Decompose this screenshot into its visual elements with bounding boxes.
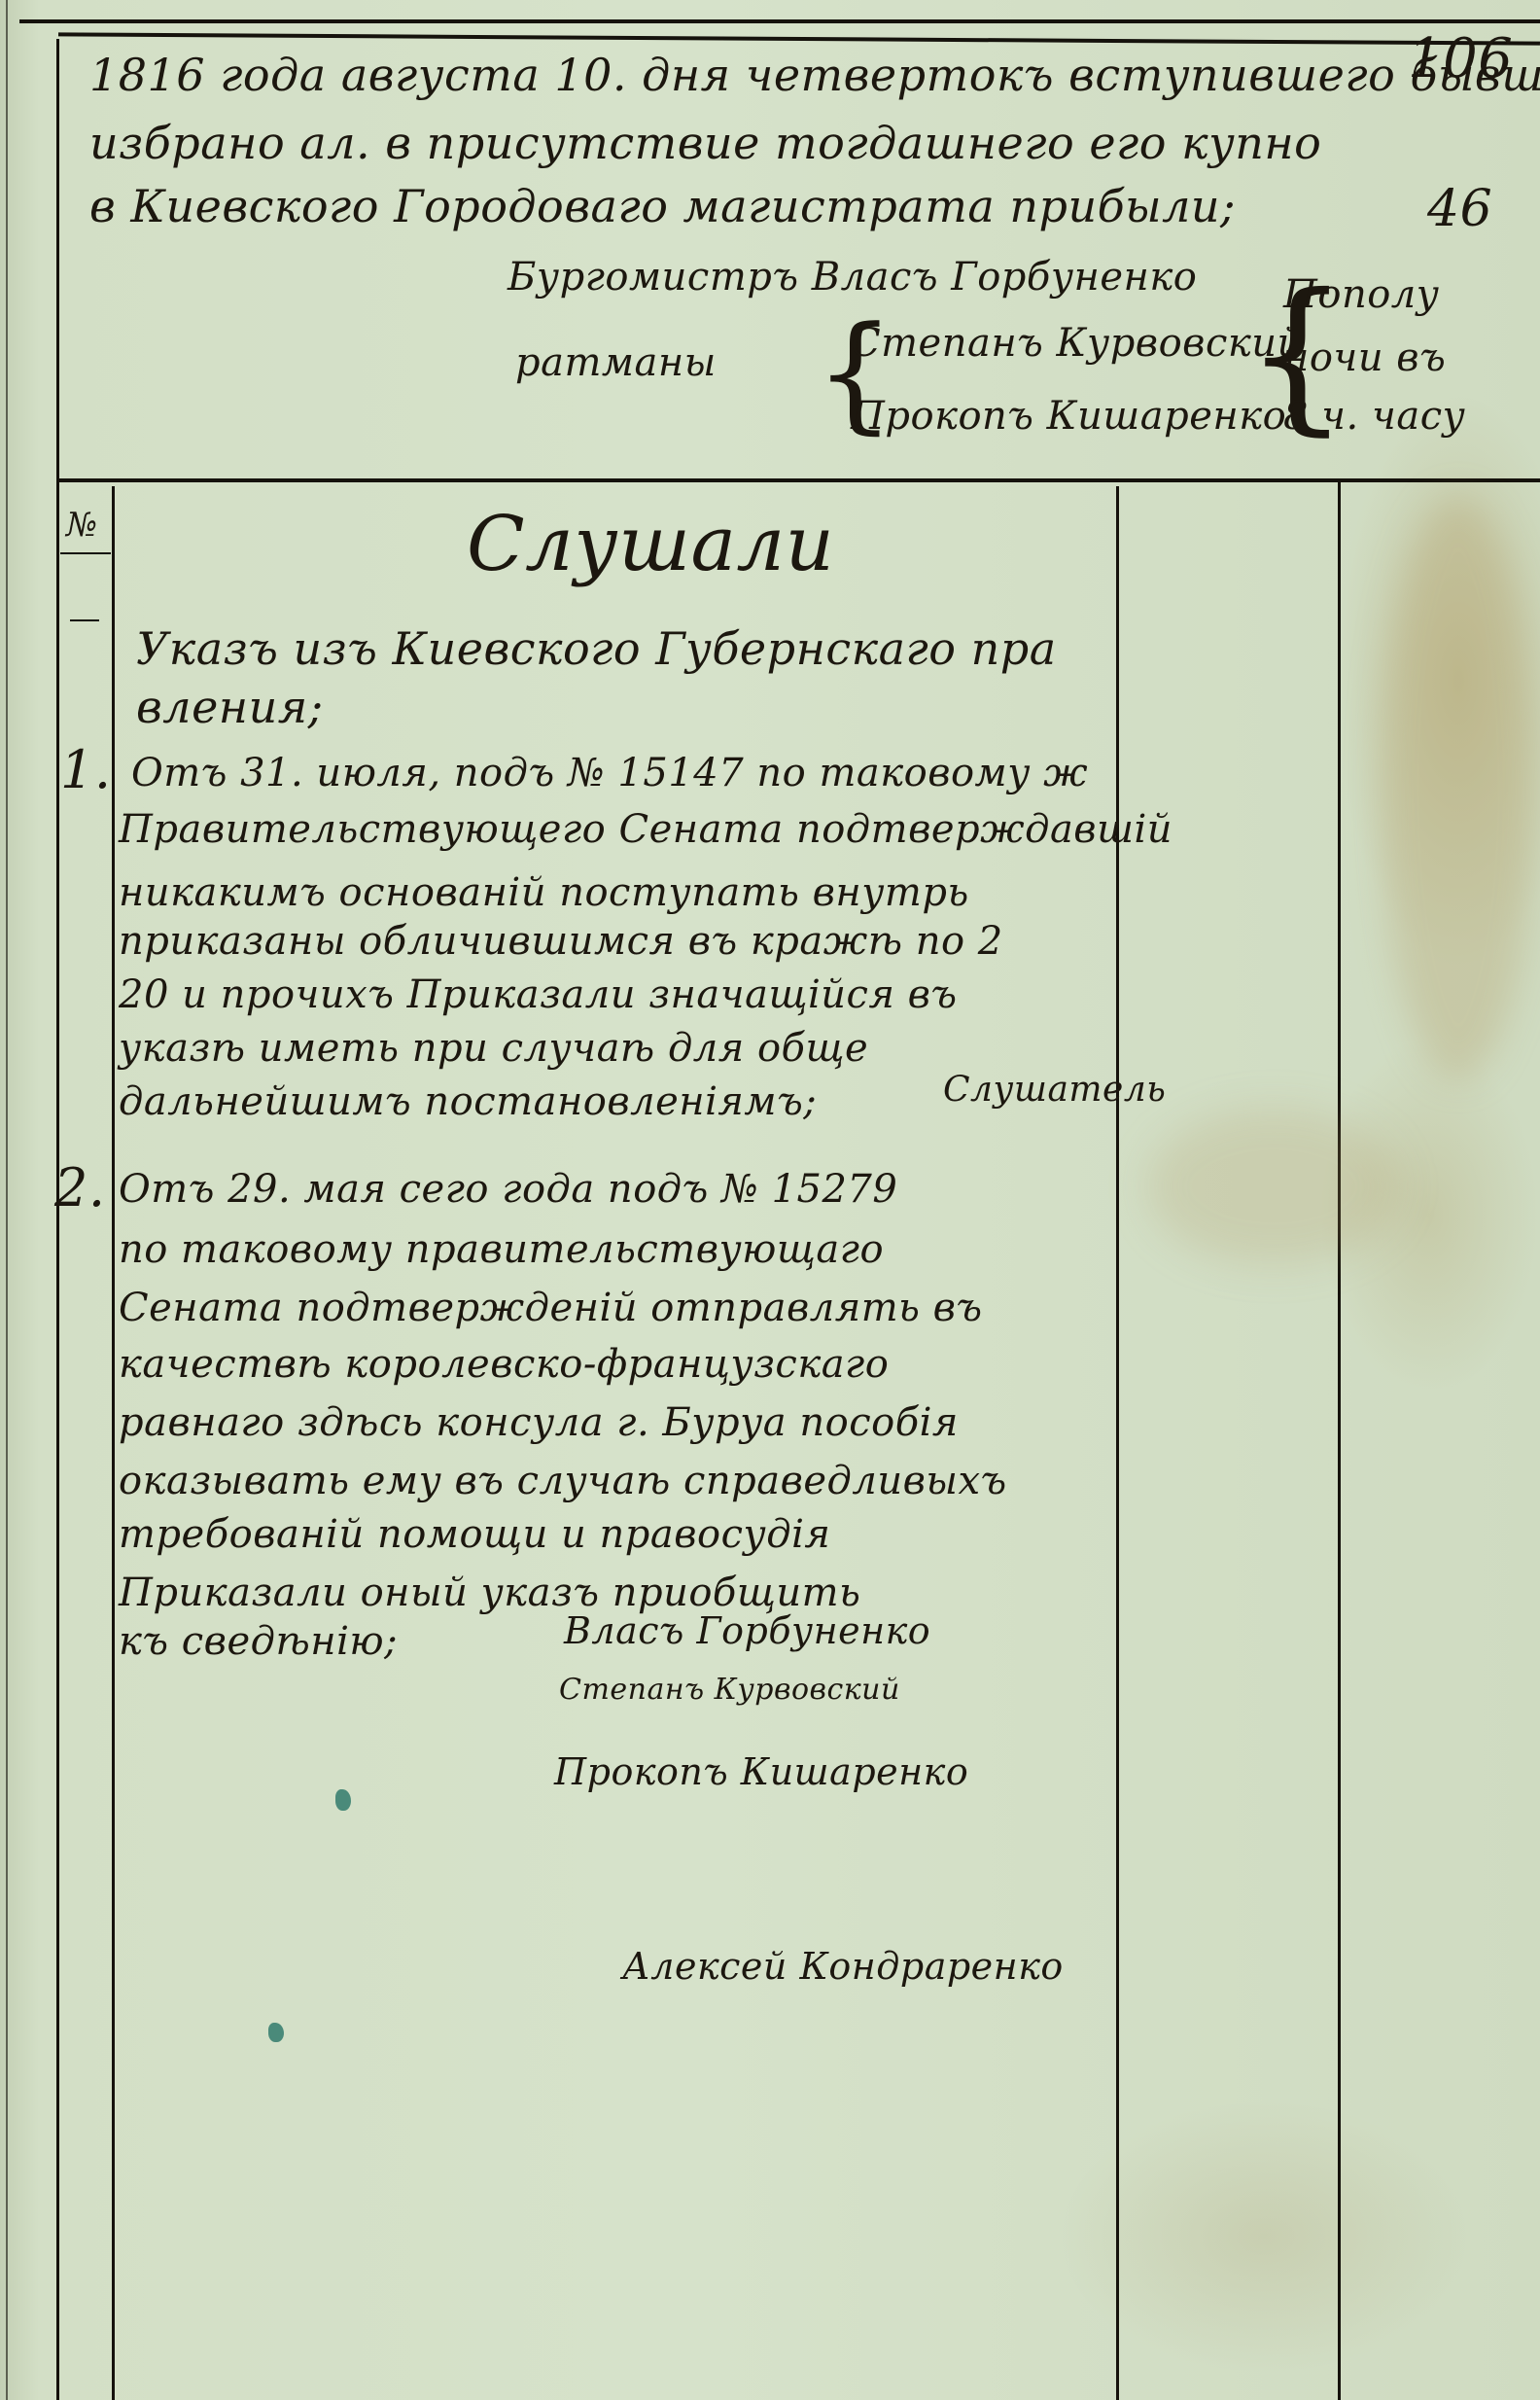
top-double-rule-1: [19, 19, 1540, 23]
item-2-line: оказывать ему въ случаѣ справедливыхъ: [119, 1459, 1007, 1503]
header-line-3: в Киевского Городоваго магистрата прибыл…: [89, 180, 1236, 232]
item-2-line: требованій помощи и правосудія: [119, 1512, 830, 1557]
item-2-line: качествѣ королевско-французскаго: [119, 1342, 889, 1387]
paper-hole: [335, 1789, 351, 1811]
number-header-underline: [60, 552, 111, 554]
signature-ratman-2: Прокопъ Кишаренко: [554, 1750, 968, 1793]
item-1-margin-note: Слушатель: [943, 1070, 1166, 1110]
item-1-line: никакимъ основаній поступать внутрь: [119, 870, 969, 915]
item-1-line: Отъ 31. июля, подъ № 15147 по таковому ж: [131, 751, 1088, 795]
water-stain: [1381, 496, 1536, 1079]
item-1-line: дальнейшимъ постановленіямъ;: [119, 1079, 817, 1124]
item-2-line: къ сведѣнію;: [119, 1619, 398, 1664]
item-1-line: 20 и прочихъ Приказали значащійся въ: [119, 972, 958, 1017]
item-2-line: по таковому правительствующаго: [119, 1227, 884, 1272]
signature-ratman-1: Степанъ Курвовский: [559, 1673, 900, 1707]
header-line-2: избрано ал. в присутствие тогдашнего его…: [89, 117, 1321, 169]
ratman-2: Прокопъ Кишаренко: [851, 394, 1286, 439]
water-stain-lower: [1147, 1109, 1400, 1264]
item-1-line: указѣ иметь при случаѣ для обще: [119, 1026, 868, 1071]
item-2-line: Сената подтвержденій отправлять въ: [119, 1286, 983, 1330]
sheet-number: 46: [1427, 180, 1492, 238]
ratman-1: Степанъ Курвовский: [851, 321, 1303, 366]
header-bottom-rule: [56, 478, 1540, 482]
number-column-divider: [112, 486, 115, 2400]
header-line-1: 1816 года августа 10. дня четвертокъ вст…: [89, 49, 1540, 101]
item-1-number: 1.: [60, 739, 112, 800]
intro-line-1: Указъ изъ Киевского Губернскаго пра: [136, 622, 1057, 675]
burgomaster-line: Бургомистръ Власъ Горбуненко: [507, 255, 1197, 300]
ratmen-label: ратманы: [515, 340, 717, 385]
time-note-2: ночи въ: [1283, 335, 1446, 380]
time-note-1: Пополу: [1283, 272, 1439, 317]
time-note-3: 8 ч. часу: [1283, 394, 1465, 439]
section-title: Слушали: [467, 501, 834, 588]
text-column-right-divider: [1116, 486, 1119, 2400]
item-2-line: равнаго здѣсь консула г. Буруа пособія: [119, 1400, 959, 1445]
page-outer-left-edge: [6, 0, 8, 2400]
signature-burgomaster: Власъ Горбуненко: [564, 1609, 930, 1652]
item-2-line: Отъ 29. мая сего года подъ № 15279: [119, 1167, 897, 1212]
number-column-header: №: [66, 506, 98, 545]
intro-dash: [70, 619, 99, 621]
item-1-line: Правительствующего Сената подтверждавшій: [119, 807, 1172, 852]
intro-line-2: вления;: [136, 681, 324, 733]
top-double-rule-2: [58, 32, 1540, 45]
paper-hole: [268, 2023, 284, 2042]
signature-secretary: Алексей Кондраренко: [622, 1945, 1064, 1988]
page-left-border: [56, 39, 59, 2400]
item-1-line: приказаны обличившимся въ кражѣ по 2: [119, 919, 1003, 964]
item-2-number: 2.: [54, 1157, 106, 1218]
remarks-column-divider: [1338, 482, 1341, 2400]
